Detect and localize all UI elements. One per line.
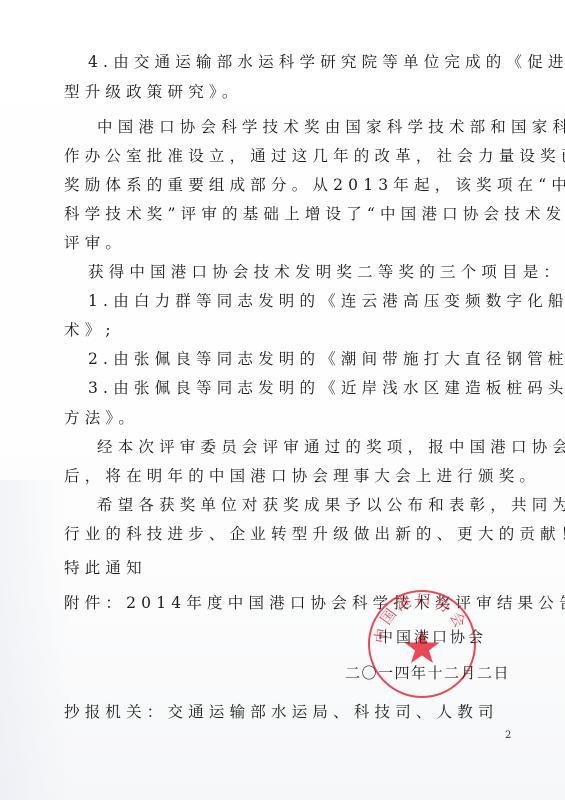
text-line: 1.由白力群等同志发明的《连云港高压变频数字化船用岸电技 — [88, 291, 565, 311]
text-line: 3.由张佩良等同志发明的《近岸浅水区建造板桩码头的打桩工艺 — [88, 378, 565, 398]
text-line: 作办公室批准设立，通过这几年的改革，社会力量设奖已经是我国 — [64, 146, 565, 166]
text-line: 后，将在明年的中国港口协会理事大会上进行颁奖。 — [64, 466, 540, 486]
text-line: 科学技术奖”评审的基础上增设了“中国港口协会技术发明奖”的 — [64, 204, 565, 224]
text-line: 附件：2014年度中国港口协会科学技术奖评审结果公告 — [64, 593, 565, 613]
text-line: 行业的科技进步、企业转型升级做出新的、更大的贡献！ — [64, 524, 565, 544]
text-line: 特此通知 — [64, 558, 147, 578]
text-line: 2.由张佩良等同志发明的《潮间带施打大直径钢管桩沉桩方法》; — [88, 349, 565, 369]
text-line: 经本次评审委员会评审通过的奖项，报中国港口协会会长会议 — [97, 437, 565, 457]
text-line: 方法》。 — [64, 408, 139, 428]
text-line: 评审。 — [64, 233, 126, 253]
text-line: 奖励体系的重要组成部分。从2013年起，该奖项在“中国港口协会 — [64, 175, 565, 195]
text-line: 型升级政策研究》。 — [64, 82, 243, 102]
scan-shadow — [0, 480, 70, 800]
page-number: 2 — [505, 730, 511, 741]
signature-organization: 中国港口协会 — [378, 626, 486, 647]
signature-date: 二〇一四年十二月二日 — [345, 662, 510, 683]
text-line: 希望各获奖单位对获奖成果予以公布和表彰，共同为推动港口 — [97, 495, 565, 515]
text-line: 中国港口协会科学技术奖由国家科学技术部和国家科技奖励工 — [97, 117, 565, 137]
text-line: 4.由交通运输部水运科学研究院等单位完成的《促进我国港口转 — [88, 52, 565, 72]
text-line: 抄报机关：交通运输部水运局、科技司、人教司 — [64, 702, 499, 722]
text-line: 获得中国港口协会技术发明奖二等奖的三个项目是： — [88, 262, 564, 282]
document-page: 4.由交通运输部水运科学研究院等单位完成的《促进我国港口转型升级政策研究》。中国… — [0, 0, 565, 800]
text-line: 术》; — [64, 320, 116, 340]
